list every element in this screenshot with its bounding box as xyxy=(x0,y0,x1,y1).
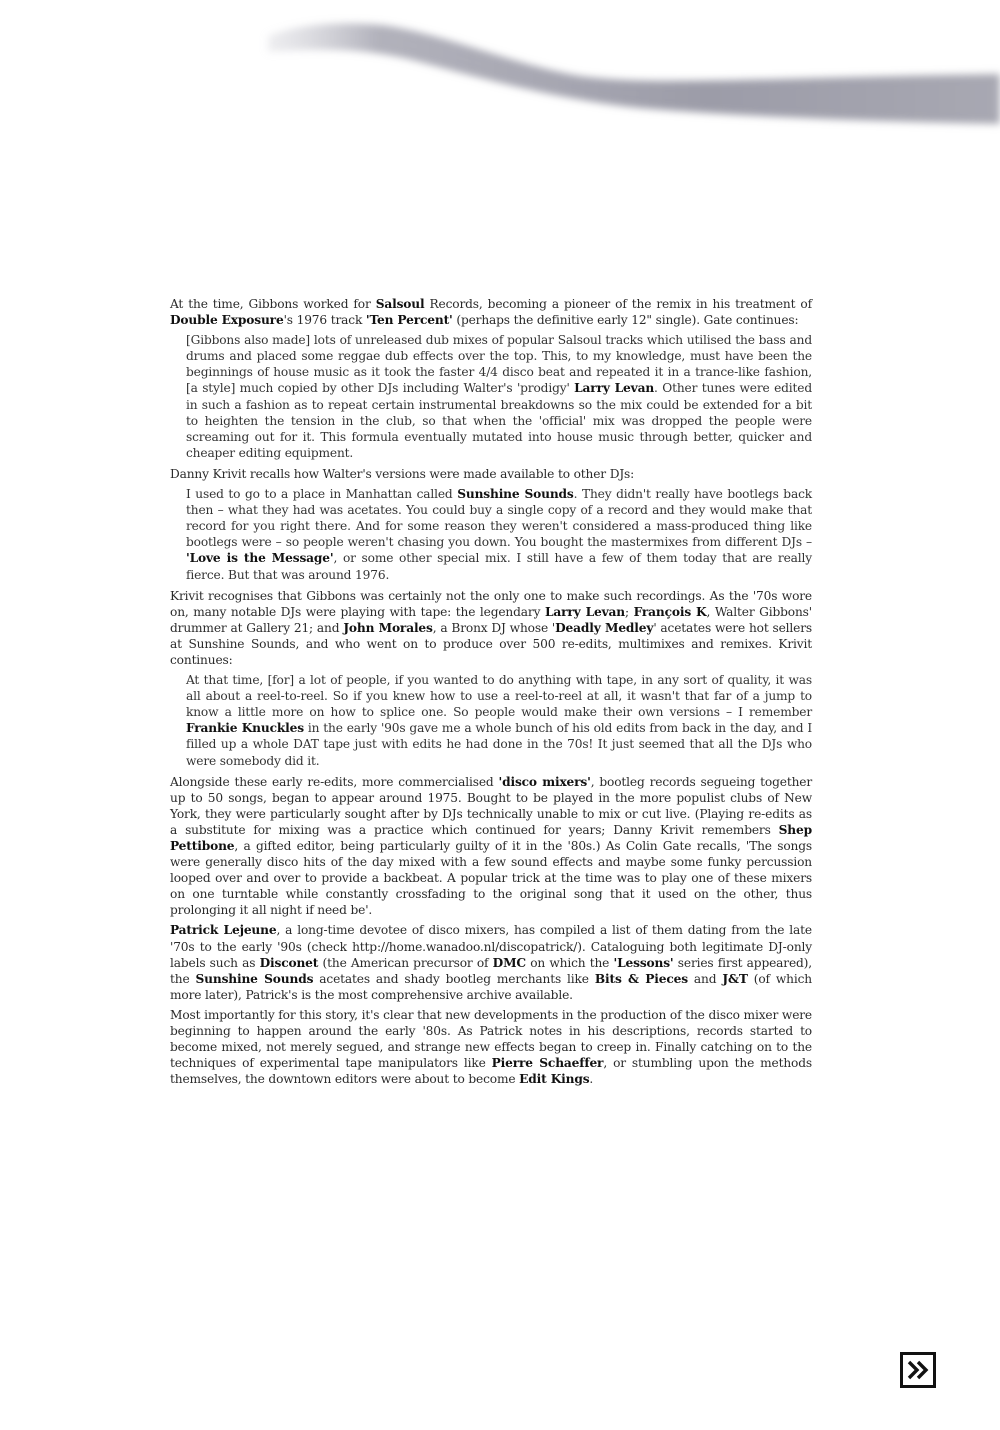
text-run: . xyxy=(589,1072,593,1086)
bold-name: 'disco mixers' xyxy=(499,775,591,789)
block-quote: At that time, [for] a lot of people, if … xyxy=(186,672,812,769)
block-quote: I used to go to a place in Manhattan cal… xyxy=(186,486,812,583)
text-run: I used to go to a place in Manhattan cal… xyxy=(186,487,457,501)
bold-name: John Morales xyxy=(343,621,432,635)
body-paragraph: Alongside these early re-edits, more com… xyxy=(170,774,812,919)
article-body: At the time, Gibbons worked for Salsoul … xyxy=(170,296,812,1091)
bold-name: Double Exposure xyxy=(170,313,284,327)
bold-name: J&T xyxy=(722,972,747,986)
text-run: , a gifted editor, being particularly gu… xyxy=(170,839,812,917)
bold-name: Larry Levan xyxy=(545,605,625,619)
bold-name: Bits & Pieces xyxy=(595,972,688,986)
body-paragraph: At the time, Gibbons worked for Salsoul … xyxy=(170,296,812,328)
text-run: (the American precursor of xyxy=(318,956,492,970)
bold-name: Disconet xyxy=(260,956,319,970)
bold-name: Larry Levan xyxy=(574,381,654,395)
bold-name: Salsoul xyxy=(376,297,425,311)
bold-name: 'Lessons' xyxy=(614,956,674,970)
bold-name: Sunshine Sounds xyxy=(196,972,314,986)
text-run: acetates and shady bootleg merchants lik… xyxy=(313,972,595,986)
text-run: and xyxy=(688,972,722,986)
text-run: , a Bronx DJ whose ' xyxy=(433,621,555,635)
decorative-swoosh-graphic xyxy=(0,0,1000,150)
bold-name: François K xyxy=(634,605,707,619)
text-run: on which the xyxy=(526,956,614,970)
text-run: At that time, [for] a lot of people, if … xyxy=(186,673,812,719)
text-run: (perhaps the definitive early 12" single… xyxy=(453,313,799,327)
next-page-button[interactable] xyxy=(900,1352,936,1388)
bold-name: Edit Kings xyxy=(519,1072,589,1086)
body-paragraph: Patrick Lejeune, a long-time devotee of … xyxy=(170,922,812,1002)
bold-name: DMC xyxy=(493,956,526,970)
body-paragraph: Danny Krivit recalls how Walter's versio… xyxy=(170,466,812,482)
text-run: Records, becoming a pioneer of the remix… xyxy=(424,297,812,311)
bold-name: Frankie Knuckles xyxy=(186,721,304,735)
text-run: Danny Krivit recalls how Walter's versio… xyxy=(170,467,634,481)
double-chevron-right-icon xyxy=(906,1360,930,1380)
text-run: 's 1976 track xyxy=(284,313,366,327)
bold-name: Patrick Lejeune xyxy=(170,923,276,937)
body-paragraph: Krivit recognises that Gibbons was certa… xyxy=(170,588,812,668)
text-run: ; xyxy=(625,605,634,619)
block-quote: [Gibbons also made] lots of unreleased d… xyxy=(186,332,812,461)
bold-name: Pierre Schaeffer xyxy=(492,1056,604,1070)
bold-name: 'Love is the Message' xyxy=(186,551,333,565)
body-paragraph: Most importantly for this story, it's cl… xyxy=(170,1007,812,1087)
bold-name: 'Ten Percent' xyxy=(366,313,453,327)
text-run: Alongside these early re-edits, more com… xyxy=(170,775,499,789)
text-run: At the time, Gibbons worked for xyxy=(170,297,376,311)
bold-name: Sunshine Sounds xyxy=(457,487,573,501)
bold-name: Deadly Medley xyxy=(555,621,653,635)
